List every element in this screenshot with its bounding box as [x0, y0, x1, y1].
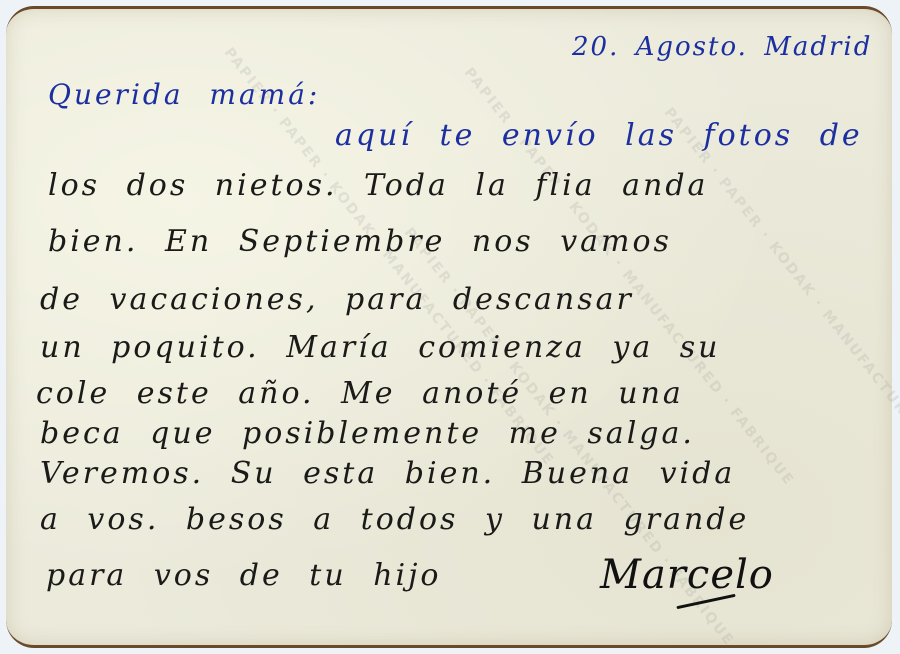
- letter-line: los dos nietos. Toda la flia anda: [48, 168, 708, 203]
- letter-line: a vos. besos a todos y una grande: [40, 502, 749, 537]
- letter-line: aquí te envío las fotos de: [335, 118, 863, 153]
- letter-line: cole este año. Me anoté en una: [36, 376, 684, 411]
- letter-salutation: Querida mamá:: [48, 78, 320, 111]
- letter-line: beca que posiblemente me salga.: [40, 416, 695, 451]
- letter-line: de vacaciones, para descansar: [40, 282, 634, 317]
- letter-date-place: 20. Agosto. Madrid: [572, 32, 872, 62]
- letter-line: un poquito. María comienza ya su: [40, 330, 720, 365]
- signature: Marcelo: [600, 552, 774, 598]
- letter-line: Veremos. Su esta bien. Buena vida: [40, 456, 735, 491]
- letter-line: bien. En Septiembre nos vamos: [48, 224, 672, 259]
- letter-line: para vos de tu hijo: [46, 558, 441, 593]
